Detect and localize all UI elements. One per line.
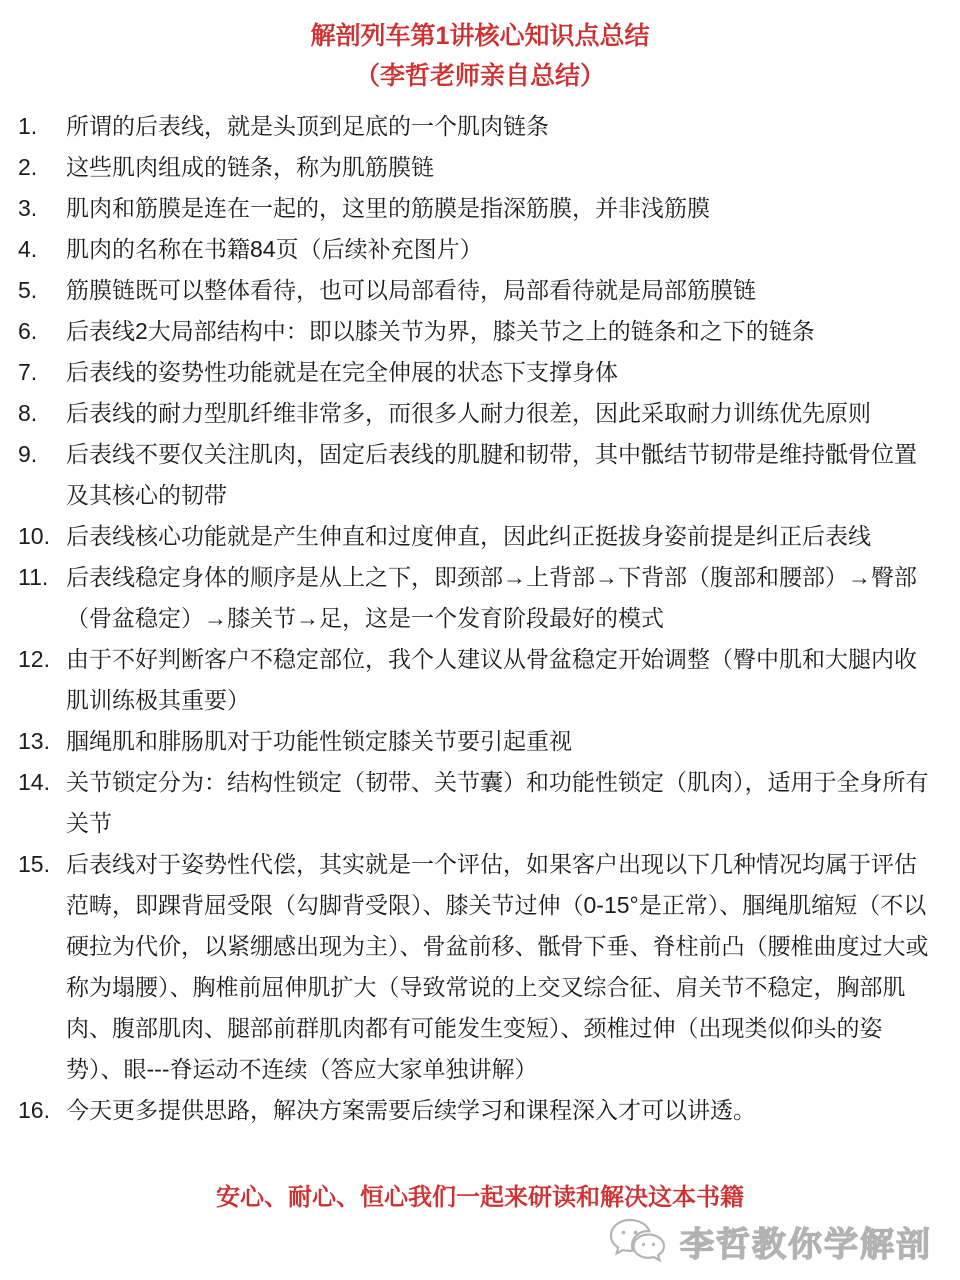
list-item: 5.筋膜链既可以整体看待，也可以局部看待，局部看待就是局部筋膜链: [18, 270, 934, 311]
item-number: 5.: [18, 270, 66, 311]
list-item: 4.肌肉的名称在书籍84页（后续补充图片）: [18, 229, 934, 270]
item-number: 2.: [18, 147, 66, 188]
list-item: 9.后表线不要仅关注肌肉，固定后表线的肌腱和韧带，其中骶结节韧带是维持骶骨位置及…: [18, 434, 934, 516]
list-item: 16.今天更多提供思路，解决方案需要后续学习和课程深入才可以讲透。: [18, 1090, 934, 1131]
list-item: 1.所谓的后表线，就是头顶到足底的一个肌肉链条: [18, 106, 934, 147]
list-item: 2.这些肌肉组成的链条，称为肌筋膜链: [18, 147, 934, 188]
item-text: 肌肉的名称在书籍84页（后续补充图片）: [66, 229, 934, 270]
page-title: 解剖列车第1讲核心知识点总结: [0, 0, 960, 52]
item-text: 筋膜链既可以整体看待，也可以局部看待，局部看待就是局部筋膜链: [66, 270, 934, 311]
watermark: 李哲教你学解剖: [608, 1216, 932, 1266]
item-number: 7.: [18, 352, 66, 393]
item-number: 4.: [18, 229, 66, 270]
item-text: 后表线稳定身体的顺序是从上之下，即颈部→上背部→下背部（腹部和腰部）→臀部（骨盆…: [66, 557, 934, 639]
item-text: 后表线对于姿势性代偿，其实就是一个评估，如果客户出现以下几种情况均属于评估范畴，…: [66, 844, 934, 1090]
item-number: 1.: [18, 106, 66, 147]
item-number: 10.: [18, 516, 66, 557]
item-number: 13.: [18, 721, 66, 762]
list-item: 14.关节锁定分为：结构性锁定（韧带、关节囊）和功能性锁定（肌肉），适用于全身所…: [18, 762, 934, 844]
list-item: 15.后表线对于姿势性代偿，其实就是一个评估，如果客户出现以下几种情况均属于评估…: [18, 844, 934, 1090]
list-item: 11.后表线稳定身体的顺序是从上之下，即颈部→上背部→下背部（腹部和腰部）→臀部…: [18, 557, 934, 639]
list-item: 12.由于不好判断客户不稳定部位，我个人建议从骨盆稳定开始调整（臀中肌和大腿内收…: [18, 639, 934, 721]
item-text: 由于不好判断客户不稳定部位，我个人建议从骨盆稳定开始调整（臀中肌和大腿内收肌训练…: [66, 639, 934, 721]
item-text: 腘绳肌和腓肠肌对于功能性锁定膝关节要引起重视: [66, 721, 934, 762]
item-number: 3.: [18, 188, 66, 229]
wechat-bubbles-icon: [608, 1216, 670, 1266]
item-number: 12.: [18, 639, 66, 680]
list-item: 8.后表线的耐力型肌纤维非常多，而很多人耐力很差，因此采取耐力训练优先原则: [18, 393, 934, 434]
item-text: 关节锁定分为：结构性锁定（韧带、关节囊）和功能性锁定（肌肉），适用于全身所有关节: [66, 762, 934, 844]
item-number: 16.: [18, 1090, 66, 1131]
list-item: 3.肌肉和筋膜是连在一起的，这里的筋膜是指深筋膜，并非浅筋膜: [18, 188, 934, 229]
item-number: 14.: [18, 762, 66, 803]
document-page: 解剖列车第1讲核心知识点总结 （李哲老师亲自总结） 1.所谓的后表线，就是头顶到…: [0, 0, 960, 1280]
item-text: 这些肌肉组成的链条，称为肌筋膜链: [66, 147, 934, 188]
item-number: 9.: [18, 434, 66, 475]
list-item: 6.后表线2大局部结构中：即以膝关节为界，膝关节之上的链条和之下的链条: [18, 311, 934, 352]
item-text: 后表线2大局部结构中：即以膝关节为界，膝关节之上的链条和之下的链条: [66, 311, 934, 352]
item-text: 后表线核心功能就是产生伸直和过度伸直，因此纠正挺拔身姿前提是纠正后表线: [66, 516, 934, 557]
item-text: 肌肉和筋膜是连在一起的，这里的筋膜是指深筋膜，并非浅筋膜: [66, 188, 934, 229]
item-text: 今天更多提供思路，解决方案需要后续学习和课程深入才可以讲透。: [66, 1090, 934, 1131]
item-text: 所谓的后表线，就是头顶到足底的一个肌肉链条: [66, 106, 934, 147]
page-subtitle: （李哲老师亲自总结）: [0, 60, 960, 92]
item-text: 后表线的耐力型肌纤维非常多，而很多人耐力很差，因此采取耐力训练优先原则: [66, 393, 934, 434]
item-number: 15.: [18, 844, 66, 885]
item-text: 后表线的姿势性功能就是在完全伸展的状态下支撑身体: [66, 352, 934, 393]
list-item: 13.腘绳肌和腓肠肌对于功能性锁定膝关节要引起重视: [18, 721, 934, 762]
list-item: 7.后表线的姿势性功能就是在完全伸展的状态下支撑身体: [18, 352, 934, 393]
watermark-text: 李哲教你学解剖: [680, 1217, 932, 1266]
list-item: 10.后表线核心功能就是产生伸直和过度伸直，因此纠正挺拔身姿前提是纠正后表线: [18, 516, 934, 557]
item-text: 后表线不要仅关注肌肉，固定后表线的肌腱和韧带，其中骶结节韧带是维持骶骨位置及其核…: [66, 434, 934, 516]
item-number: 8.: [18, 393, 66, 434]
item-number: 11.: [18, 557, 66, 598]
footer-slogan: 安心、耐心、恒心我们一起来研读和解决这本书籍: [0, 1183, 960, 1213]
notes-list: 1.所谓的后表线，就是头顶到足底的一个肌肉链条 2.这些肌肉组成的链条，称为肌筋…: [0, 106, 960, 1131]
item-number: 6.: [18, 311, 66, 352]
